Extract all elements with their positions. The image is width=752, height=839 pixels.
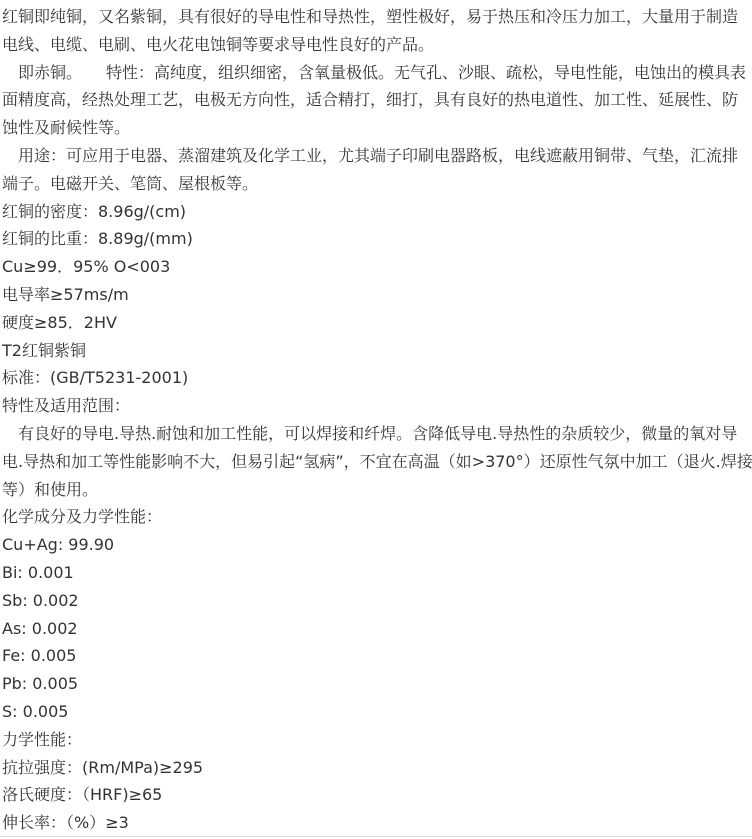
- line-intro-1: 红铜即纯铜，又名紫铜，具有很好的导电性和导热性，塑性极好，易于热压和冷压力加工，…: [2, 3, 752, 31]
- line-specific-gravity: 红铜的比重：8.89g/(mm): [2, 225, 752, 253]
- line-purity: Cu≥99．95% O<003: [2, 253, 752, 281]
- line-scope-2: 电.导热和加工等性能影响不大，但易引起“氢病”，不宜在高温（如>370°）还原性…: [2, 448, 752, 476]
- line-conductivity: 电导率≥57ms/m: [2, 281, 752, 309]
- line-scope-1: 有良好的导电.导热.耐蚀和加工性能，可以焊接和纤焊。含降低导电.导热性的杂质较少…: [2, 420, 752, 448]
- line-standard: 标准：(GB/T5231-2001): [2, 364, 752, 392]
- line-s: S: 0.005: [2, 698, 752, 726]
- line-sb: Sb: 0.002: [2, 587, 752, 615]
- line-rockwell-hardness: 洛氏硬度：（HRF)≥65: [2, 781, 752, 809]
- heading-mechanical: 力学性能：: [2, 726, 752, 754]
- line-uses-1: 用途：可应用于电器、蒸溜建筑及化学工业，尤其端子印刷电器路板，电线遮蔽用铜带、气…: [2, 142, 752, 170]
- line-tensile-strength: 抗拉强度：(Rm/MPa)≥295: [2, 754, 752, 782]
- heading-scope: 特性及适用范围：: [2, 392, 752, 420]
- line-alias-features-1: 即赤铜。 特性：高纯度，组织细密，含氧量极低。无气孔、沙眼、疏松，导电性能，电蚀…: [2, 59, 752, 87]
- line-as: As: 0.002: [2, 615, 752, 643]
- line-alias-features-2: 面精度高，经热处理工艺，电极无方向性，适合精打，细打，具有良好的热电道性、加工性…: [2, 86, 752, 114]
- line-pb: Pb: 0.005: [2, 670, 752, 698]
- line-elongation: 伸长率：（%）≥3: [2, 809, 752, 837]
- line-scope-3: 等）和使用。: [2, 476, 752, 504]
- line-cu-ag: Cu+Ag: 99.90: [2, 531, 752, 559]
- line-intro-2: 电线、电缆、电刷、电火花电蚀铜等要求导电性良好的产品。: [2, 31, 752, 59]
- line-density: 红铜的密度：8.96g/(cm): [2, 198, 752, 226]
- line-hardness: 硬度≥85．2HV: [2, 309, 752, 337]
- line-alias-features-3: 蚀性及耐候性等。: [2, 114, 752, 142]
- line-fe: Fe: 0.005: [2, 642, 752, 670]
- line-uses-2: 端子。电磁开关、笔筒、屋根板等。: [2, 170, 752, 198]
- article-body: 红铜即纯铜，又名紫铜，具有很好的导电性和导热性，塑性极好，易于热压和冷压力加工，…: [0, 0, 752, 839]
- line-grade-t2: T2红铜紫铜: [2, 337, 752, 365]
- section-divider: [0, 836, 752, 837]
- heading-composition: 化学成分及力学性能：: [2, 503, 752, 531]
- line-bi: Bi: 0.001: [2, 559, 752, 587]
